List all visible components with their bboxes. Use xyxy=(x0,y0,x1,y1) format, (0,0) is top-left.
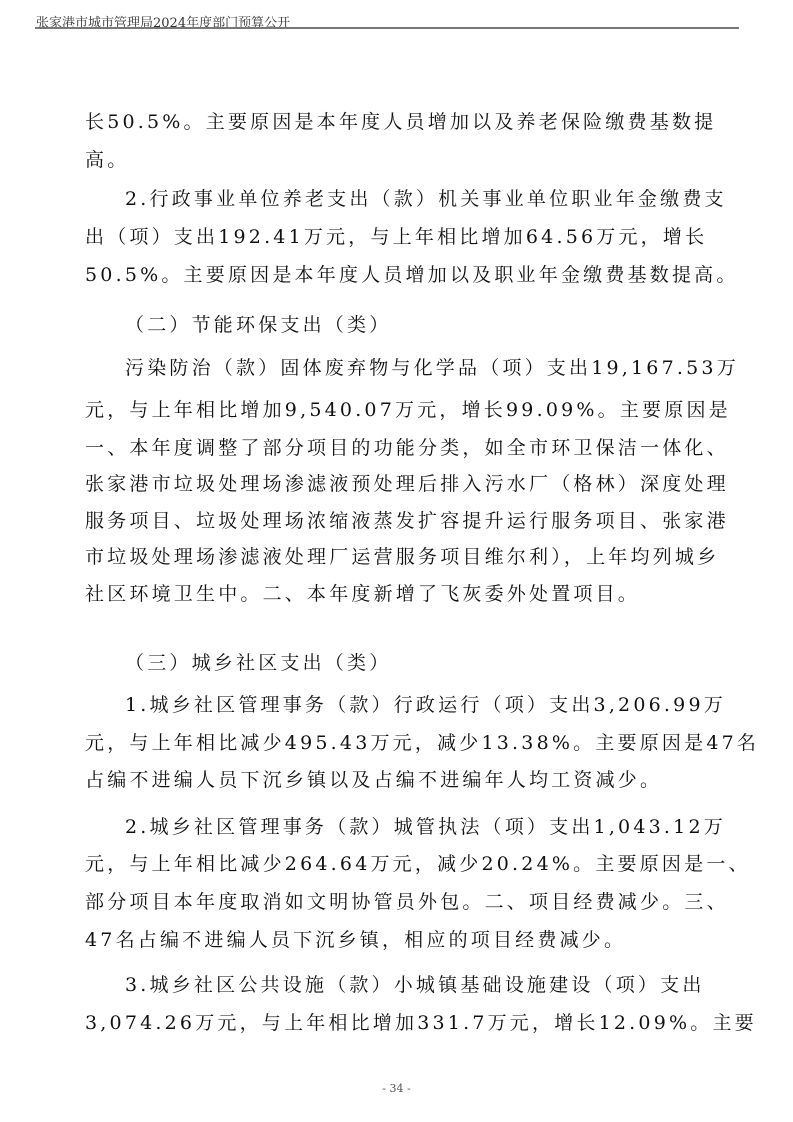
text-line: 元，与上年相比增加9,540.07万元，增长99.09%。主要原因是 xyxy=(85,398,731,422)
text-line: 出（项）支出192.41万元，与上年相比增加64.56万元，增长 xyxy=(85,225,707,249)
section-heading: （三）城乡社区支出（类） xyxy=(125,651,391,675)
text-line: 张家港市垃圾处理场渗滤液预处理后排入污水厂（格林）深度处理 xyxy=(85,472,729,496)
text-line: 2.城乡社区管理事务（款）城管执法（项）支出1,043.12万 xyxy=(125,815,726,839)
text-line: 元，与上年相比减少264.64万元，减少20.24%。主要原因是一、 xyxy=(85,852,751,876)
text-line: 社区环境卫生中。二、本年度新增了飞灰委外处置项目。 xyxy=(85,582,640,606)
header-divider xyxy=(35,27,739,29)
text-line: 市垃圾处理场渗滤液处理厂运营服务项目维尔利），上年均列城乡 xyxy=(85,545,719,569)
text-line: 污染防治（款）固体废弃物与化学品（项）支出19,167.53万 xyxy=(125,356,739,380)
text-line: 50.5%。主要原因是本年度人员增加以及职业年金缴费基数提高。 xyxy=(85,263,739,287)
page-number: - 34 - xyxy=(0,1082,793,1095)
text-line: 占编不进编人员下沉乡镇以及占编不进编年人均工资减少。 xyxy=(85,768,662,792)
text-line: 元，与上年相比减少495.43万元，减少13.38%。主要原因是47名 xyxy=(85,731,759,755)
text-line: 3.城乡社区公共设施（款）小城镇基础设施建设（项）支出 xyxy=(125,973,705,997)
text-line: 3,074.26万元，与上年相比增加331.7万元，增长12.09%。主要 xyxy=(85,1011,757,1035)
section-heading: （二）节能环保支出（类） xyxy=(125,313,391,337)
text-line: 服务项目、垃圾处理场浓缩液蒸发扩容提升运行服务项目、张家港 xyxy=(85,509,729,533)
text-line: 长50.5%。主要原因是本年度人员增加以及养老保险缴费基数提 xyxy=(85,110,716,134)
text-line: 2.行政事业单位养老支出（款）机关事业单位职业年金缴费支 xyxy=(125,187,727,211)
text-line: 47名占编不进编人员下沉乡镇，相应的项目经费减少。 xyxy=(85,928,626,952)
text-line: 一、本年度调整了部分项目的功能分类，如全市环卫保洁一体化、 xyxy=(85,436,729,460)
text-line: 部分项目本年度取消如文明协管员外包。二、项目经费减少。三、 xyxy=(85,890,729,914)
text-line: 1.城乡社区管理事务（款）行政运行（项）支出3,206.99万 xyxy=(125,693,726,717)
text-line: 高。 xyxy=(85,148,129,172)
